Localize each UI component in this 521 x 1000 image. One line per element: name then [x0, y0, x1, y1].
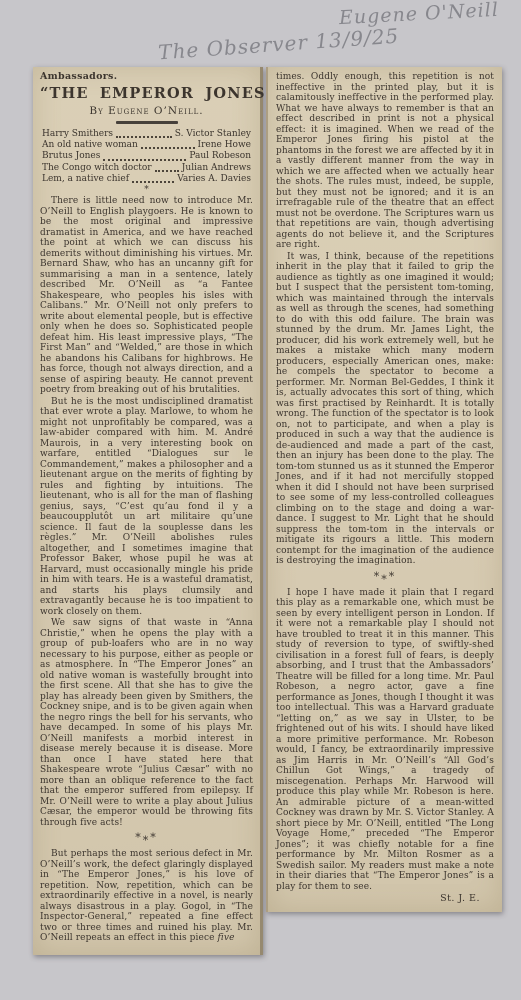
scrapbook-page: { "annotations": { "owner": "Eugene O'Ne…	[0, 0, 521, 1000]
cast-list: Harry SmithersS. Victor StanleyAn old na…	[42, 129, 251, 185]
paragraph: There is little need now to introduce Mr…	[40, 196, 253, 396]
article-title: “THE EMPEROR JONES.”	[40, 85, 253, 102]
clipping-right-column: times. Oddly enough, this repetition is …	[266, 67, 502, 912]
paragraph: times. Oddly enough, this repetition is …	[276, 72, 494, 251]
clipping-left-column: Ambassadors. “THE EMPEROR JONES.” By Eug…	[33, 67, 263, 955]
decorative-rule	[116, 121, 178, 124]
cast-row: Lem, a native chiefVaries A. Davies	[42, 174, 251, 185]
cast-end-mark: *	[40, 186, 253, 194]
cast-row: Harry SmithersS. Victor Stanley	[42, 129, 251, 140]
cast-row: Brutus JonesPaul Robeson	[42, 151, 251, 162]
asterisk-separator: ***	[276, 571, 494, 583]
paragraph: It was, I think, because of the repetiti…	[276, 252, 494, 567]
handwritten-source-annotation: The Observer 13/9/25	[157, 24, 400, 65]
paragraph: But he is the most undisciplined dramati…	[40, 397, 253, 618]
author-initials: St. J. E.	[276, 893, 494, 904]
paragraph: But perhaps the most serious defect in M…	[40, 849, 253, 944]
cast-row: The Congo witch doctorJulian Andrews	[42, 163, 251, 174]
handwritten-owner-annotation: Eugene O'Neill	[339, 0, 500, 29]
byline: By Eugene O’Neill.	[40, 105, 253, 117]
theatre-name: Ambassadors.	[40, 71, 253, 82]
italic-word: five	[217, 933, 234, 943]
asterisk-separator: ***	[40, 832, 253, 844]
paragraph-text: But perhaps the most serious defect in M…	[40, 849, 253, 943]
cast-row: An old native womanIrene Howe	[42, 140, 251, 151]
paragraph: I hope I have made it plain that I regar…	[276, 588, 494, 893]
paragraph: We saw signs of that waste in “Anna Chri…	[40, 618, 253, 828]
